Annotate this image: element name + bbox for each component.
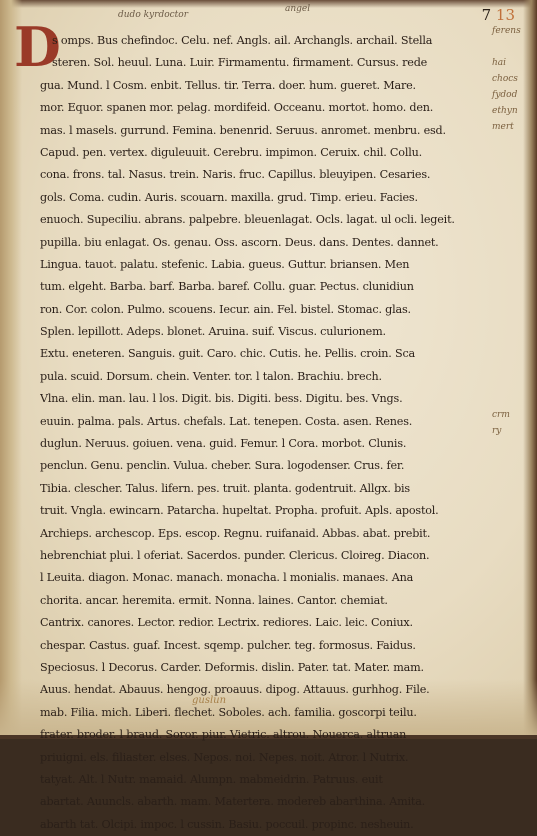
text-line: truit. Vngla. ewincarn. Patarcha. hupelt…	[40, 500, 480, 522]
text-line: cona. frons. tal. Nasus. trein. Naris. f…	[40, 164, 480, 186]
margin-gloss	[492, 42, 532, 58]
margin-gloss	[492, 234, 532, 250]
text-line: penclun. Genu. penclin. Vulua. cheber. S…	[40, 455, 480, 477]
margin-gloss	[492, 314, 532, 330]
text-line: chespar. Castus. guaf. Incest. sqemp. pu…	[40, 635, 480, 657]
text-line: ron. Cor. colon. Pulmo. scouens. Iecur. …	[40, 299, 480, 321]
margin-gloss	[492, 266, 532, 282]
text-line: mor. Equor. spanen mor. pelag. mordifeid…	[40, 97, 480, 119]
text-line: enuoch. Supeciliu. abrans. palpebre. ble…	[40, 209, 480, 231]
text-line: Extu. eneteren. Sanguis. guit. Caro. chi…	[40, 343, 480, 365]
margin-gloss	[492, 298, 532, 314]
text-line: Splen. lepillott. Adeps. blonet. Aruina.…	[40, 321, 480, 343]
text-line: mas. l masels. gurrund. Femina. benenrid…	[40, 120, 480, 142]
text-line: steren. Sol. heuul. Luna. Luir. Firmamen…	[40, 52, 480, 74]
text-line: duglun. Neruus. goiuen. vena. guid. Femu…	[40, 433, 480, 455]
margin-gloss: mert	[492, 122, 532, 138]
top-gloss-1: dudo kyrdoctor	[118, 10, 188, 20]
margin-gloss: ethyn	[492, 106, 532, 122]
margin-gloss	[492, 330, 532, 346]
text-line: Speciosus. l Decorus. Carder. Deformis. …	[40, 657, 480, 679]
margin-gloss	[492, 394, 532, 410]
text-line: frater. broder. l braud. Soror. piur. Vi…	[40, 724, 480, 739]
right-margin-glosses: ferenshaichocsfydodethynmertcrmry	[492, 26, 532, 442]
folio-number: 7 13	[482, 6, 515, 24]
page-edge-top	[0, 0, 537, 8]
margin-gloss: ry	[492, 426, 532, 442]
text-line: Tibia. clescher. Talus. lifern. pes. tru…	[40, 478, 480, 500]
text-line: Archieps. archescop. Eps. escop. Regnu. …	[40, 523, 480, 545]
margin-gloss	[492, 282, 532, 298]
margin-gloss: hai	[492, 58, 532, 74]
text-line: pupilla. biu enlagat. Os. genau. Oss. as…	[40, 232, 480, 254]
text-line: Lingua. tauot. palatu. stefenic. Labia. …	[40, 254, 480, 276]
margin-gloss	[492, 202, 532, 218]
margin-gloss	[492, 378, 532, 394]
margin-gloss: crm	[492, 410, 532, 426]
text-line: Cantrix. canores. Lector. redior. Lectri…	[40, 612, 480, 634]
margin-gloss	[492, 346, 532, 362]
folio-annotation: 13	[496, 6, 515, 24]
margin-gloss: ferens	[492, 26, 532, 42]
text-line: chorita. ancar. heremita. ermit. Nonna. …	[40, 590, 480, 612]
text-line: pula. scuid. Dorsum. chein. Venter. tor.…	[40, 366, 480, 388]
text-line: tum. elgeht. Barba. barf. Barba. baref. …	[40, 276, 480, 298]
text-line: l Leuita. diagon. Monac. manach. monacha…	[40, 567, 480, 589]
text-line: Auus. hendat. Abauus. hengog. proauus. d…	[40, 679, 480, 701]
text-line: Vlna. elin. man. lau. l los. Digit. bis.…	[40, 388, 480, 410]
text-line: euuin. palma. pals. Artus. chefals. Lat.…	[40, 411, 480, 433]
manuscript-page: dudo kyrdoctor angel 7 13 D s omps. Bus …	[0, 0, 537, 739]
top-gloss-2: angel	[285, 4, 310, 14]
margin-gloss	[492, 138, 532, 154]
text-line: mab. Filia. mich. Liberi. flechet. Sobol…	[40, 702, 480, 724]
text-line: gua. Mund. l Cosm. enbit. Tellus. tir. T…	[40, 75, 480, 97]
bottom-gloss: guslun	[192, 695, 226, 706]
margin-gloss	[492, 362, 532, 378]
text-line: hebrenchiat plui. l oferiat. Sacerdos. p…	[40, 545, 480, 567]
text-line: gols. Coma. cudin. Auris. scouarn. maxil…	[40, 187, 480, 209]
folio-number-ink: 7	[482, 6, 492, 24]
margin-gloss	[492, 250, 532, 266]
margin-gloss	[492, 186, 532, 202]
text-line: s omps. Bus chefindoc. Celu. nef. Angls.…	[40, 30, 480, 52]
text-line: Capud. pen. vertex. diguleuuit. Cerebru.…	[40, 142, 480, 164]
margin-gloss	[492, 170, 532, 186]
margin-gloss	[492, 218, 532, 234]
margin-gloss: fydod	[492, 90, 532, 106]
margin-gloss	[492, 154, 532, 170]
manuscript-text: s omps. Bus chefindoc. Celu. nef. Angls.…	[40, 30, 480, 739]
margin-gloss: chocs	[492, 74, 532, 90]
page-edge-left	[0, 0, 22, 739]
